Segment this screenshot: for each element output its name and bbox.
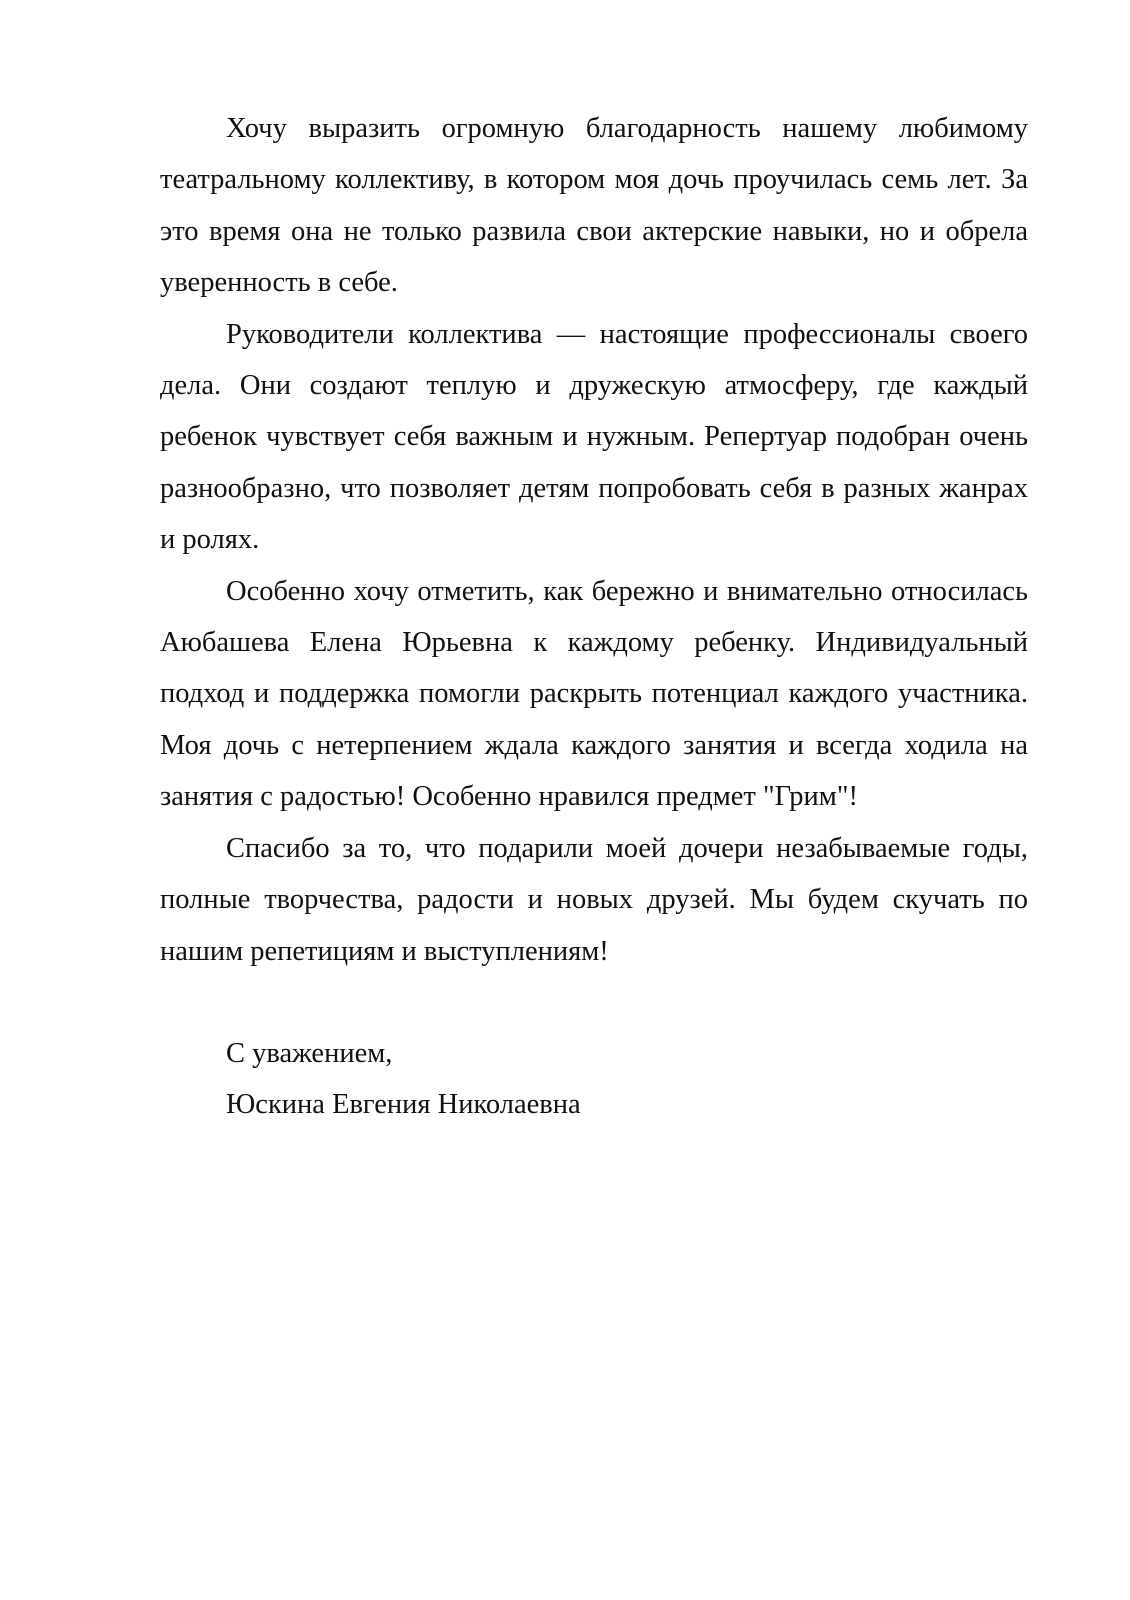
- paragraph-gratitude: Хочу выразить огромную благодарность наш…: [160, 103, 1028, 309]
- closing-block: С уважением, Юскина Евгения Николаевна: [160, 1028, 1028, 1131]
- paragraph-leaders: Руководители коллектива — настоящие проф…: [160, 309, 1028, 566]
- salutation: С уважением,: [226, 1028, 1028, 1079]
- letter-page: Хочу выразить огромную благодарность наш…: [160, 103, 1028, 1131]
- paragraph-thanks: Спасибо за то, что подарили моей дочери …: [160, 823, 1028, 977]
- signature: Юскина Евгения Николаевна: [226, 1079, 1028, 1130]
- paragraph-teacher: Особенно хочу отметить, как бережно и вн…: [160, 566, 1028, 823]
